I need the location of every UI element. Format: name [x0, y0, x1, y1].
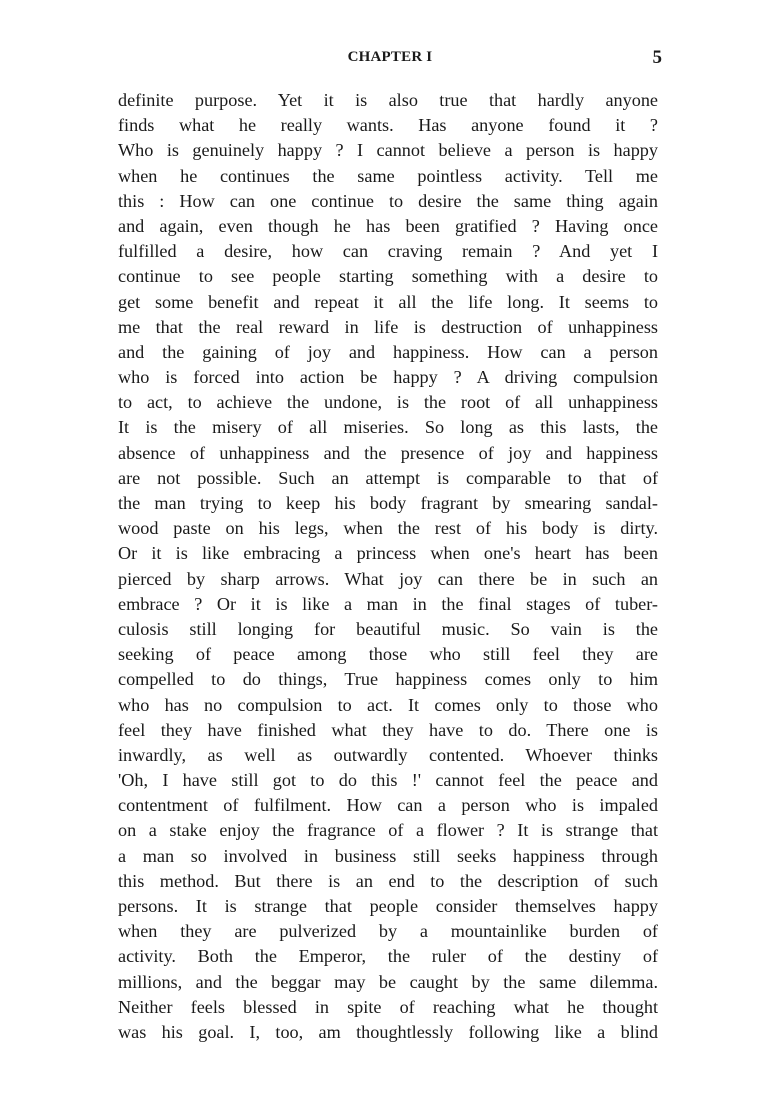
text-line: pierced by sharp arrows. What joy can th… — [118, 567, 658, 592]
text-line: when they are pulverized by a mountainli… — [118, 919, 658, 944]
text-line: get some benefit and repeat it all the l… — [118, 290, 658, 315]
text-line: me that the real reward in life is destr… — [118, 315, 658, 340]
text-line: contentment of fulfilment. How can a per… — [118, 793, 658, 818]
text-line: seeking of peace among those who still f… — [118, 642, 658, 667]
text-line: feel they have finished what they have t… — [118, 718, 658, 743]
text-line: fulfilled a desire, how can craving rema… — [118, 239, 658, 264]
text-line: millions, and the beggar may be caught b… — [118, 970, 658, 995]
text-line: are not possible. Such an attempt is com… — [118, 466, 658, 491]
text-line: was his goal. I, too, am thoughtlessly f… — [118, 1020, 658, 1045]
text-line: the man trying to keep his body fragrant… — [118, 491, 658, 516]
text-line: and the gaining of joy and happiness. Ho… — [118, 340, 658, 365]
text-line: to act, to achieve the undone, is the ro… — [118, 390, 658, 415]
text-line: wood paste on his legs, when the rest of… — [118, 516, 658, 541]
book-page: CHAPTER I 5 definite purpose. Yet it is … — [0, 0, 780, 1108]
text-line: this : How can one continue to desire th… — [118, 189, 658, 214]
text-line: who has no compulsion to act. It comes o… — [118, 693, 658, 718]
text-line: who is forced into action be happy ? A d… — [118, 365, 658, 390]
text-line: this method. But there is an end to the … — [118, 869, 658, 894]
body-text: definite purpose. Yet it is also true th… — [118, 88, 658, 1045]
text-line: and again, even though he has been grati… — [118, 214, 658, 239]
text-line: compelled to do things, True happiness c… — [118, 667, 658, 692]
text-line: definite purpose. Yet it is also true th… — [118, 88, 658, 113]
text-line: on a stake enjoy the fragrance of a flow… — [118, 818, 658, 843]
text-line: culosis still longing for beautiful musi… — [118, 617, 658, 642]
page-number: 5 — [653, 47, 663, 69]
text-line: continue to see people starting somethin… — [118, 264, 658, 289]
text-line: a man so involved in business still seek… — [118, 844, 658, 869]
text-line: It is the misery of all miseries. So lon… — [118, 415, 658, 440]
text-line: absence of unhappiness and the presence … — [118, 441, 658, 466]
running-head: CHAPTER I 5 — [0, 49, 780, 69]
text-line: persons. It is strange that people consi… — [118, 894, 658, 919]
text-line: activity. Both the Emperor, the ruler of… — [118, 944, 658, 969]
text-line: inwardly, as well as outwardly contented… — [118, 743, 658, 768]
text-line: 'Oh, I have still got to do this !' cann… — [118, 768, 658, 793]
text-line: finds what he really wants. Has anyone f… — [118, 113, 658, 138]
chapter-title: CHAPTER I — [0, 49, 780, 66]
text-line: embrace ? Or it is like a man in the fin… — [118, 592, 658, 617]
text-line: Who is genuinely happy ? I cannot believ… — [118, 138, 658, 163]
text-line: when he continues the same pointless act… — [118, 164, 658, 189]
text-line: Or it is like embracing a princess when … — [118, 541, 658, 566]
text-line: Neither feels blessed in spite of reachi… — [118, 995, 658, 1020]
